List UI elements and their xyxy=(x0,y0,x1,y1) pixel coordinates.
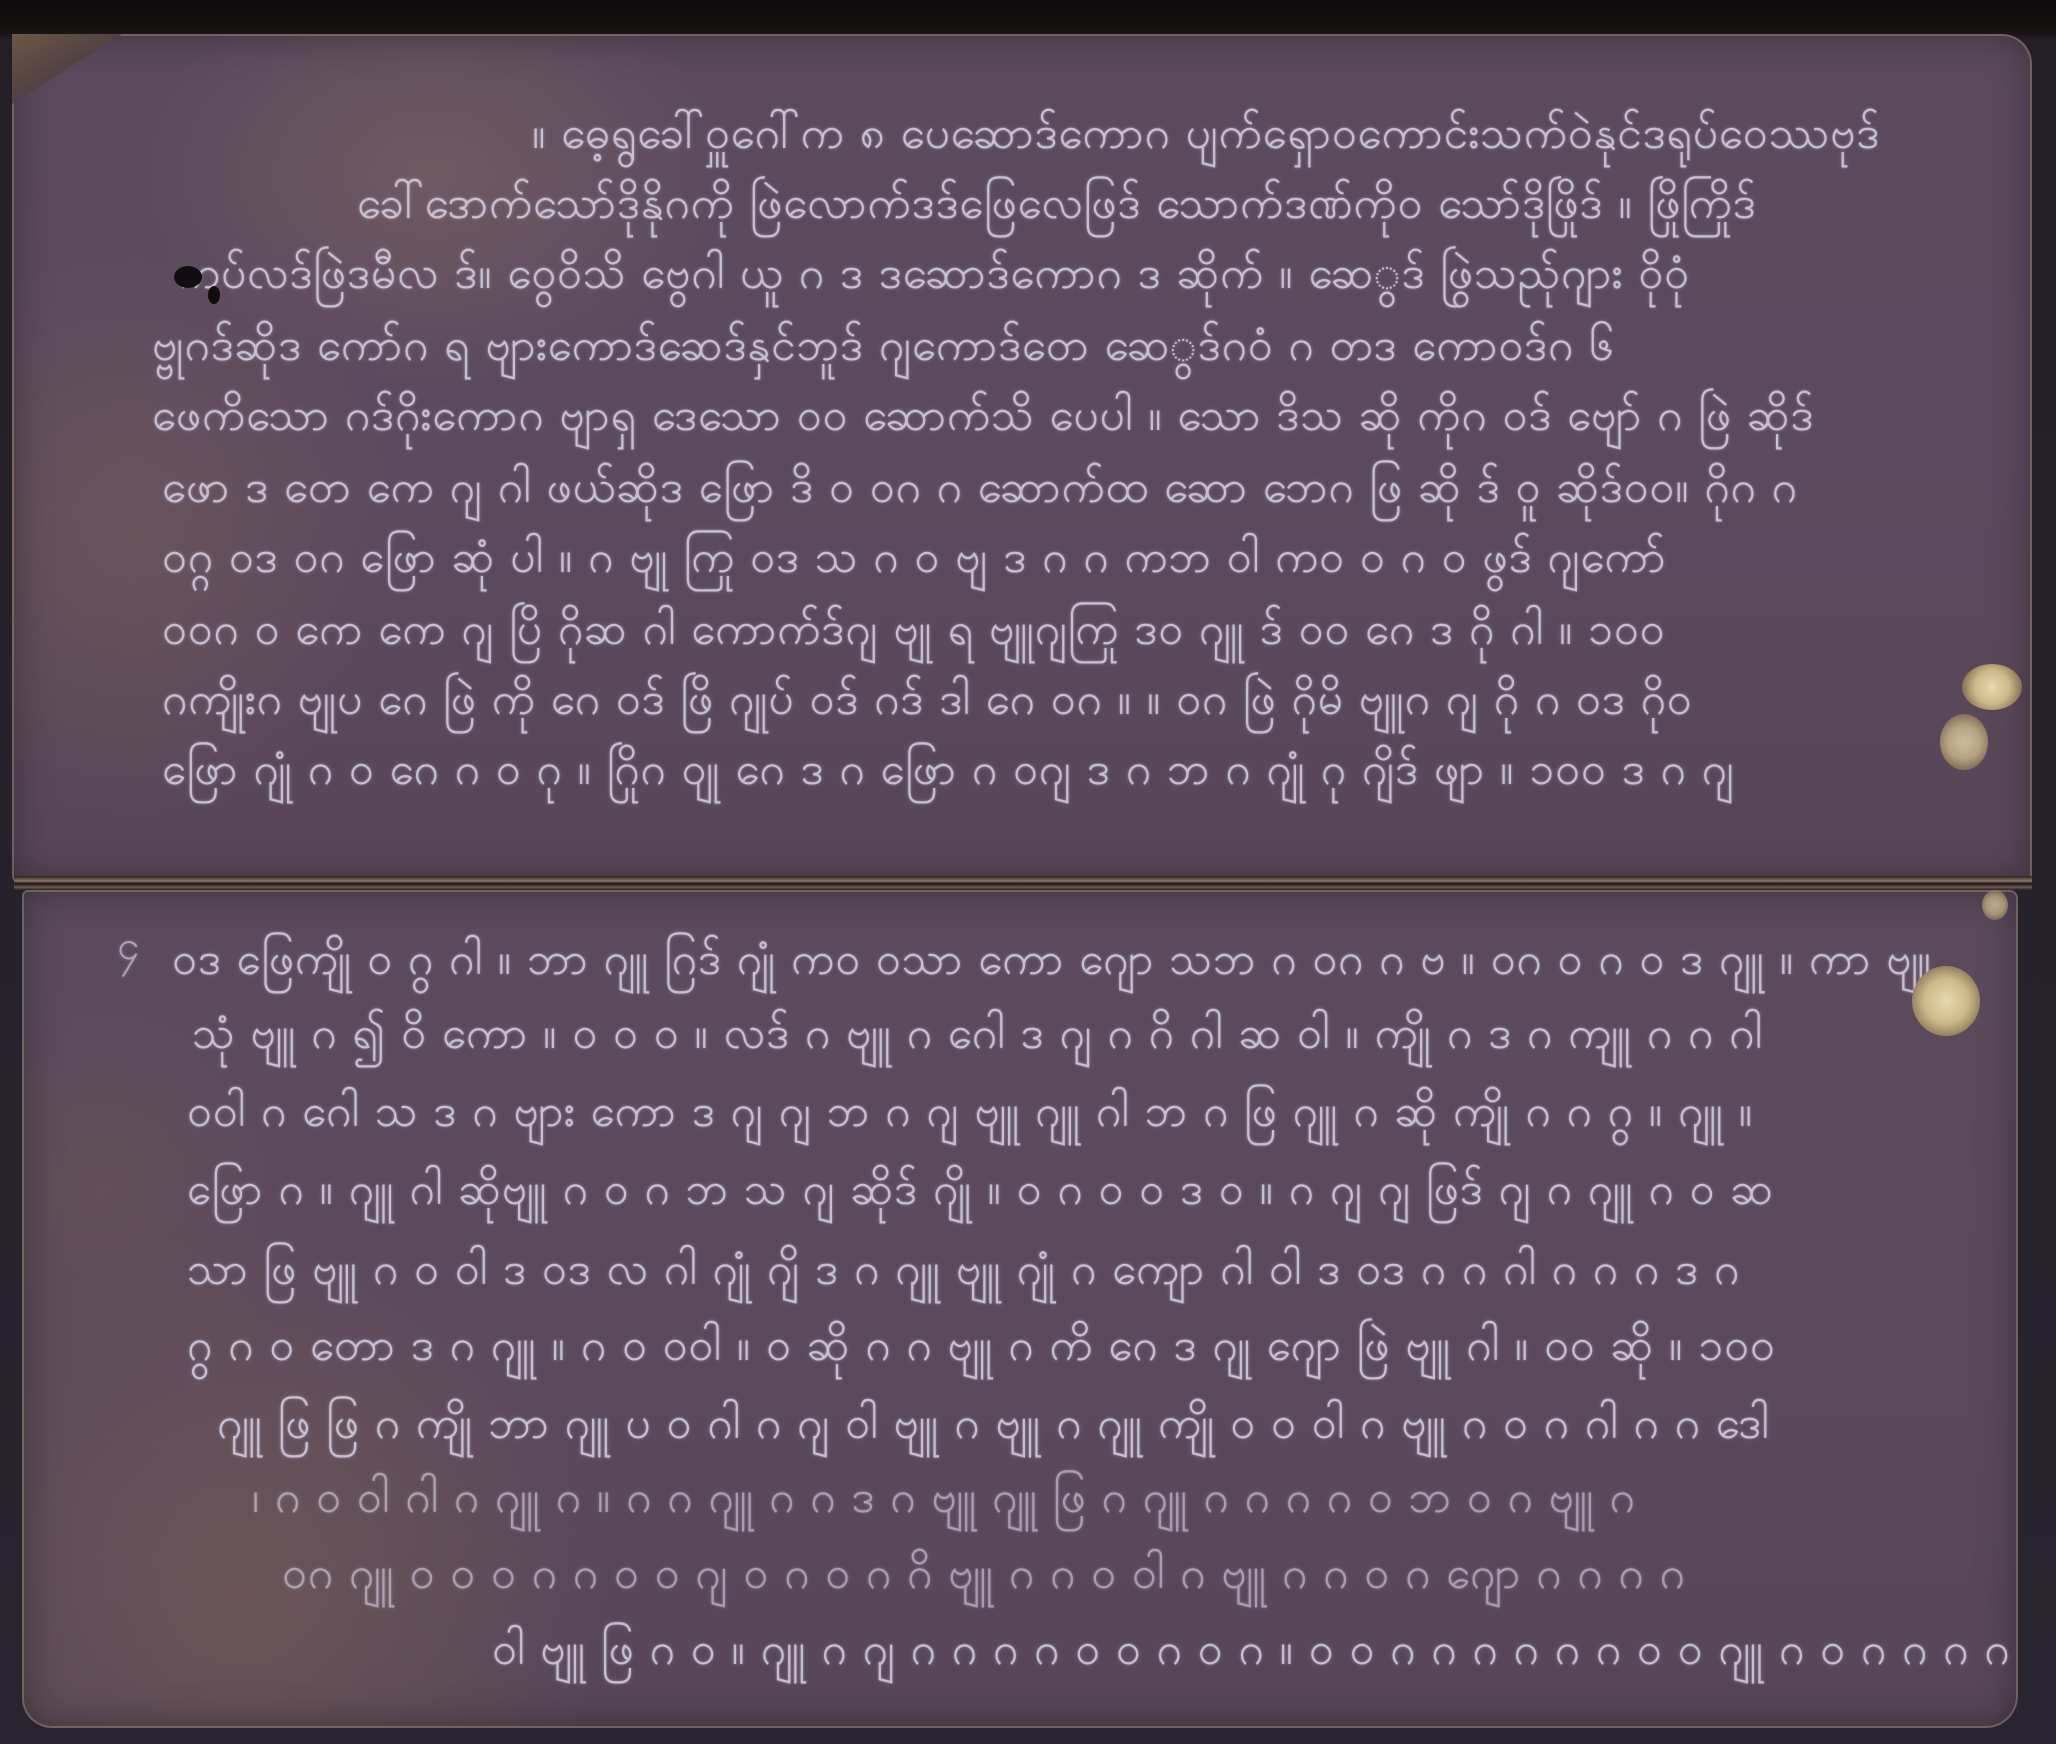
manuscript-line: ဖော ဒ ဝော ကေ ဂျ ဂါ ဖယ်ဆိုဒ ဖြော ဒိ ဝ ဝဂ … xyxy=(162,458,1798,518)
manuscript-line: ။ ဓေ့ရွခေါ်ဝှူဂေါ်က ၈ ပေဆောဒ်ကောဂ ပျက်ရှ… xyxy=(532,104,1880,164)
manuscript-line: ဝါ ဗျူ ဖြ ဂ ဝ ။ ဂျူ ဂ ဂျ ဂ ဂ ဂ ဂ ဝ ဝ ဂ ဝ… xyxy=(492,1620,2010,1680)
worm-hole xyxy=(208,286,220,304)
manuscript-line: ဖြော ဂျုံ ဂ ဝ ဂေ ဂ ဝ ဂု ။ ဂြိုဂ ဝျု ဂေ ဒ… xyxy=(162,740,1735,800)
manuscript-line: ကပ်လဒ်ဖြဲဒမီလ ဒ်။ ဝွေဝိသိ ဗွေဂါ ယူ ဂ ဒ ဒ… xyxy=(177,244,1690,304)
manuscript-line: ဖြော ဂ ။ ဂျူ ဂါ ဆိုဗျူ ဂ ဝ ဂ ဘ သ ဂျ ဆိုဒ… xyxy=(187,1160,1774,1220)
manuscript-line: သုံ ဗျူ ဂ ၍ ဝိ ကော ။ ဝ ဝ ဝ ။ လဒ် ဂ ဗျူ ဂ… xyxy=(192,1004,1763,1064)
manuscript-line: ဝဂ္ဂ ဝဒ ဝဂ ဖြော ဆုံ ပါ ။ ဂ ဗျု ကြု ဝဒ သ … xyxy=(162,528,1667,588)
fold-crease xyxy=(14,876,2032,890)
worm-hole xyxy=(174,266,202,288)
manuscript-line: ဂကျိုးဂ ဗျုပ ဂေ ဖြဲ ကို ဂေ ဝဒ် ဖြိ ဂျုပ်… xyxy=(162,670,1693,730)
folio-number-mark: ၄ xyxy=(117,920,140,979)
manuscript-line: ဝဝဂ ဝ ဂော ကေ ဂျ ပြိ ဂိုဆ ဂါ ကောက်ဒ်ဂျ ဗျ… xyxy=(162,600,1665,660)
paper-damage-stain xyxy=(1912,966,1980,1036)
manuscript-line: ၊ ဂ ဝ ဝါ ဂါ ဂ ဂျူ ဂ ။ ဂ ဂ ဂျူ ဂ ဂ ဒ ဂ ဗျ… xyxy=(252,1468,1636,1528)
manuscript-line: ဝဝါ ဂ ဂေါ သ ဒ ဂ ဗျား ကော ဒ ဂျ ဂျ ဘ ဂ ဂျ … xyxy=(187,1082,1753,1142)
manuscript-line: သာ ဖြ ဗျူ ဂ ဝ ဝါ ဒ ဝဒ လ ဂါ ဂျုံ ဂျိ ဒ ဂ … xyxy=(187,1240,1740,1300)
paper-damage-stain xyxy=(1940,714,1988,770)
manuscript-line: ဗ္ဗုဂဒ်ဆိုဒ ကော်ဂ ရ ဗျားကောဒ်ဆေဒ်နှင်ဘူဒ… xyxy=(152,316,1615,376)
manuscript-line: ဝဒ ဖြေကျို ဝ ဂွ ဂါ ။ ဘာ ဂျူ ဂြဒ် ဂျုံ ကဝ… xyxy=(172,930,1932,990)
manuscript-line: ဂွ ဂ ဝ တော ဒ ဂ ဂျူ ။ ဂ ဝ ဝဝါ ။ ဝ ဆို ဂ ဂ… xyxy=(187,1316,1776,1376)
manuscript-line: ဖေကိသော ဂဒ်ဂိုးကောဂ ဗျာရှ ဒေသော ဝဝ ဆောက်… xyxy=(152,386,1814,446)
manuscript-line: ဝဂ ဂျူ ဝ ဝ ဝ ဂ ဂ ဝ ဝ ဂျ ဝ ဂ ဝ ဂ ဂိ ဗျူ ဂ… xyxy=(282,1544,1686,1604)
manuscript-line: ဂျူ ဖြ ဖြ ဂ ကျို ဘာ ဂျူ ပ ဝ ဂါ ဂ ဂျ ဝါ ဗ… xyxy=(217,1394,1770,1454)
paper-damage-stain xyxy=(1962,664,2022,710)
upper-folio: ။ ဓေ့ရွခေါ်ဝှူဂေါ်က ၈ ပေဆောဒ်ကောဂ ပျက်ရှ… xyxy=(12,34,2032,882)
manuscript-line: ခေါ်ဒောက်သော်ဒိုနိုဂကို ဖြဲလောက်ဒဒ်ဖြေလေ… xyxy=(357,174,1757,234)
lower-folio: ၄ ဝဒ ဖြေကျို ဝ ဂွ ဂါ ။ ဘာ ဂျူ ဂြဒ် ဂျုံ … xyxy=(22,890,2018,1728)
paper-damage-stain xyxy=(1982,890,2008,920)
